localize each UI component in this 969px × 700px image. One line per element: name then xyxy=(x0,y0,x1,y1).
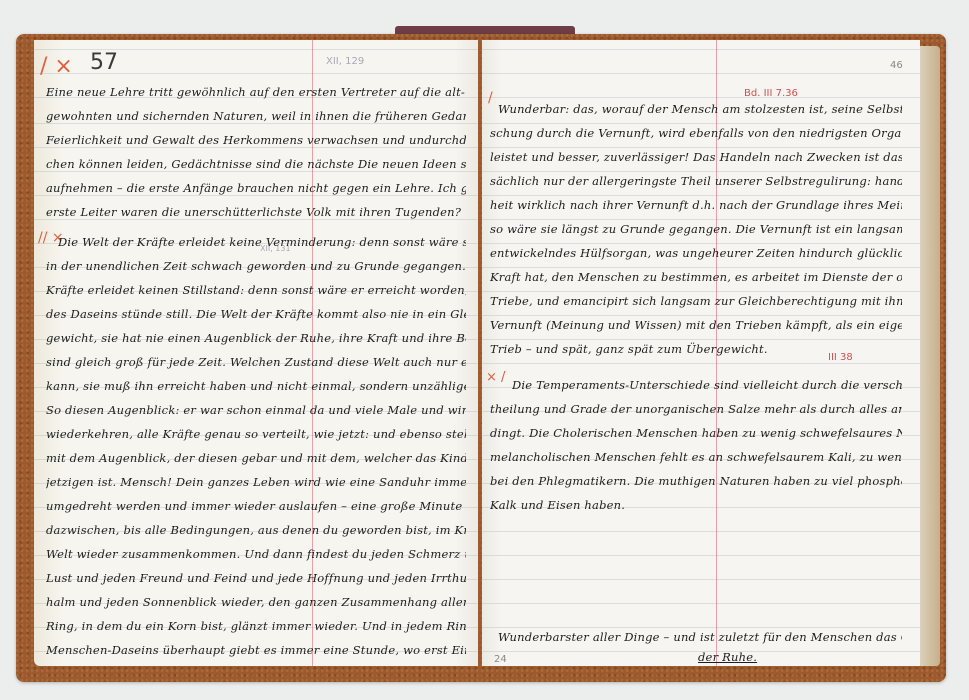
margin-mark: × / xyxy=(486,370,505,385)
page-edge-stack xyxy=(918,46,940,666)
archive-reference: XII, 129 xyxy=(326,56,364,67)
text-line: Die Temperaments-Unterschiede sind viell… xyxy=(512,378,902,392)
text-line: entwickelndes Hülfsorgan, was ungeheurer… xyxy=(490,246,902,260)
text-line: Lust und jeden Freund und Feind und jede… xyxy=(46,571,466,585)
text-line: heit wirklich nach ihrer Vernunft d.h. n… xyxy=(490,198,902,212)
text-line: leistet und besser, zuverlässiger! Das H… xyxy=(490,150,902,164)
text-line: theilung und Grade der unorganischen Sal… xyxy=(490,402,902,416)
text-line: sächlich nur der allergeringste Theil un… xyxy=(490,174,902,188)
footer-page-number: 24 xyxy=(494,654,507,665)
text-line: Kalk und Eisen haben. xyxy=(490,498,902,512)
text-line: chen können leiden, Gedächtnisse sind di… xyxy=(46,157,466,171)
archive-reference: III 38 xyxy=(828,352,853,363)
text-line: des Daseins stünde still. Die Welt der K… xyxy=(46,307,466,321)
text-line: Kräfte erleidet keinen Stillstand: denn … xyxy=(46,283,466,297)
text-line: kann, sie muß ihn erreicht haben und nic… xyxy=(46,379,466,393)
margin-mark: / xyxy=(488,90,493,106)
text-line: dingt. Die Cholerischen Menschen haben z… xyxy=(490,426,902,440)
page-number: 57 xyxy=(90,50,118,75)
text-line: wiederkehren, alle Kräfte genau so verte… xyxy=(46,427,466,441)
text-line: dazwischen, bis alle Bedingungen, aus de… xyxy=(46,523,466,537)
text-line: in der unendlichen Zeit schwach geworden… xyxy=(46,259,466,273)
text-line: halm und jeden Sonnenblick wieder, den g… xyxy=(46,595,466,609)
text-line: Vernunft (Meinung und Wissen) mit den Tr… xyxy=(490,318,902,332)
text-line: Wunderbarster aller Dinge – und ist zule… xyxy=(498,630,902,644)
text-line: melancholischen Menschen fehlt es an sch… xyxy=(490,450,902,464)
text-line: Kraft hat, den Menschen zu bestimmen, es… xyxy=(490,270,902,284)
text-line: Feierlichkeit und Gewalt des Herkommens … xyxy=(46,133,466,147)
right-page: 46 Bd. III 7.36 / Wunderbar: das, worauf… xyxy=(482,40,920,666)
text-line: mit dem Augenblick, der diesen gebar und… xyxy=(46,451,466,465)
text-line: bei den Phlegmatikern. Die muthigen Natu… xyxy=(490,474,902,488)
text-line: erste Leiter waren die unerschütterlichs… xyxy=(46,205,466,219)
text-line: Ring, in dem du ein Korn bist, glänzt im… xyxy=(46,619,466,633)
text-line: aufnehmen – die erste Anfänge brauchen n… xyxy=(46,181,466,195)
text-line: Die Welt der Kräfte erleidet keine Vermi… xyxy=(58,235,466,249)
text-line: Triebe, und emancipirt sich langsam zur … xyxy=(490,294,902,308)
text-line: Wunderbar: das, worauf der Mensch am sto… xyxy=(498,102,902,116)
text-line: sind gleich groß für jede Zeit. Welchen … xyxy=(46,355,466,369)
margin-mark: / × xyxy=(40,54,73,79)
text-line: jetzigen ist. Mensch! Dein ganzes Leben … xyxy=(46,475,466,489)
page-number: 46 xyxy=(890,60,903,71)
text-line: schung durch die Vernunft, wird ebenfall… xyxy=(490,126,902,140)
text-line: Eine neue Lehre tritt gewöhnlich auf den… xyxy=(46,85,466,99)
text-line: Welt wieder zusammenkommen. Und dann fin… xyxy=(46,547,466,561)
text-line: der Ruhe. xyxy=(698,650,902,664)
text-line: Menschen-Daseins überhaupt giebt es imme… xyxy=(46,643,466,657)
text-line: umgedreht werden und immer wieder auslau… xyxy=(46,499,466,513)
archive-reference: Bd. III 7.36 xyxy=(744,88,798,99)
text-line: gewicht, sie hat nie einen Augenblick de… xyxy=(46,331,466,345)
text-line: so wäre sie längst zu Grunde gegangen. D… xyxy=(490,222,902,236)
left-page: / × 57 XII, 129 XII, 131 // × Eine neue … xyxy=(34,40,478,666)
text-line: So diesen Augenblick: er war schon einma… xyxy=(46,403,466,417)
text-line: gewohnten und sichernden Naturen, weil i… xyxy=(46,109,466,123)
